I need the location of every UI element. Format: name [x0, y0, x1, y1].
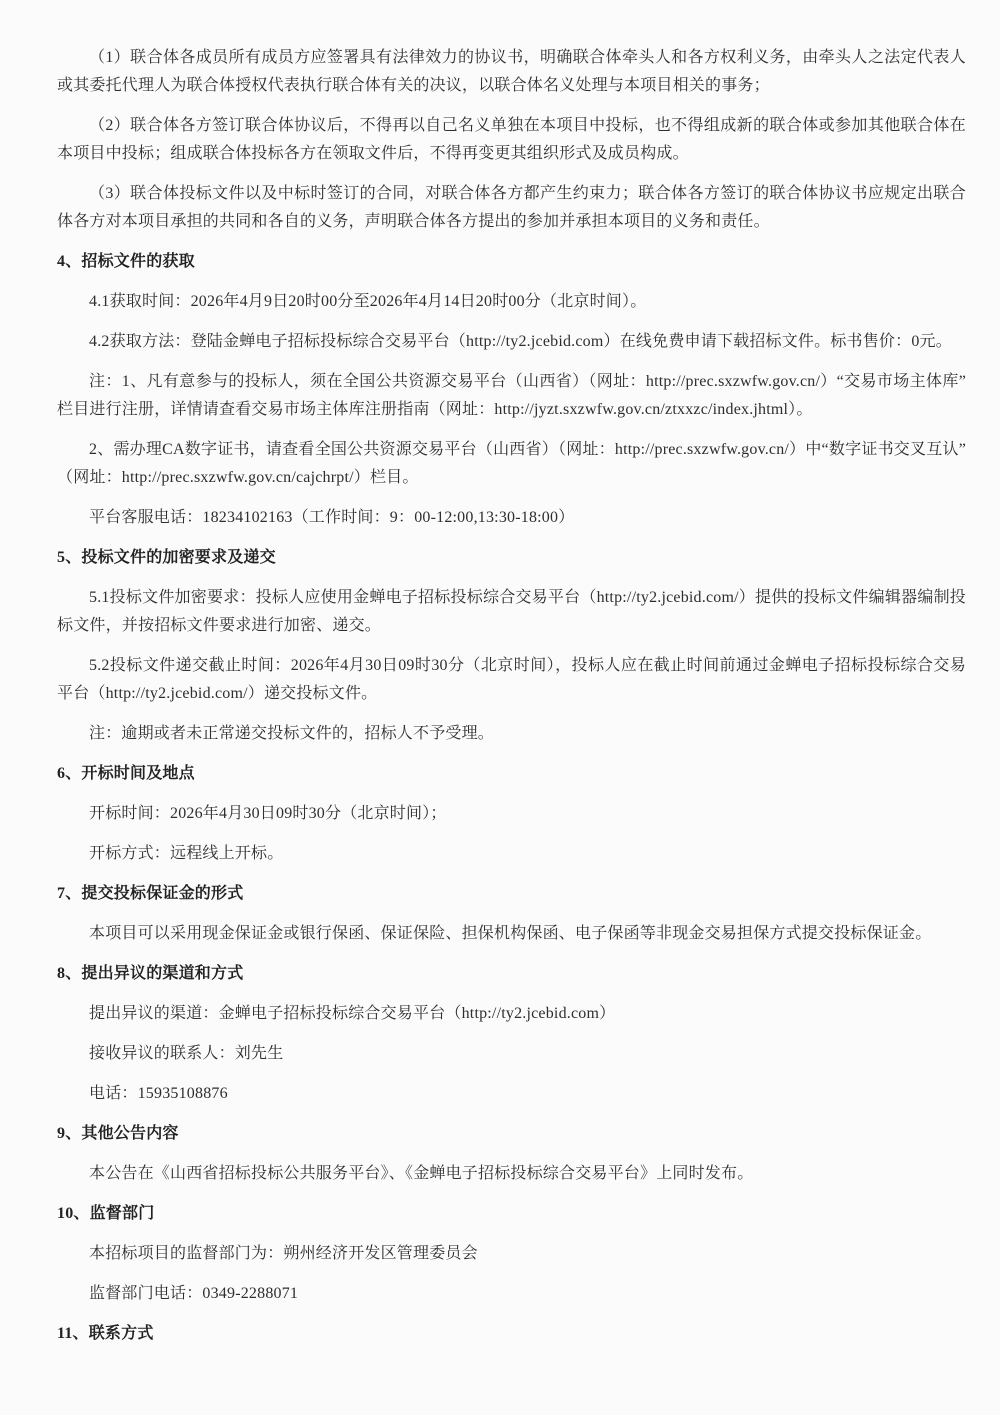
paragraph-bid-opening-time: 开标时间：2026年4月30日09时30分（北京时间）；	[57, 800, 966, 828]
document-page: （1）联合体各成员所有成员方应签署具有法律效力的协议书，明确联合体牵头人和各方权…	[0, 0, 1000, 1415]
paragraph-bid-opening-method: 开标方式：远程线上开标。	[57, 840, 966, 868]
paragraph-objection-contact: 接收异议的联系人：刘先生	[57, 1040, 966, 1068]
paragraph-objection-channel: 提出异议的渠道：金蝉电子招标投标综合交易平台（http://ty2.jcebid…	[57, 1000, 966, 1028]
paragraph-4-1-acquisition-time: 4.1获取时间：2026年4月9日20时00分至2026年4月14日20时00分…	[57, 288, 966, 316]
section-heading-6-bid-opening: 6、开标时间及地点	[57, 760, 966, 788]
paragraph-note-late-submission: 注：逾期或者未正常递交投标文件的，招标人不予受理。	[57, 720, 966, 748]
paragraph-consortium-3: （3）联合体投标文件以及中标时签订的合同，对联合体各方都产生约束力；联合体各方签…	[57, 180, 966, 236]
paragraph-objection-phone: 电话：15935108876	[57, 1080, 966, 1108]
paragraph-consortium-2: （2）联合体各方签订联合体协议后，不得再以自己名义单独在本项目中投标，也不得组成…	[57, 112, 966, 168]
paragraph-5-1-encryption-requirement: 5.1投标文件加密要求：投标人应使用金蝉电子招标投标综合交易平台（http://…	[57, 584, 966, 640]
section-heading-11-contact: 11、联系方式	[57, 1320, 966, 1348]
section-heading-8-objection-channel: 8、提出异议的渠道和方式	[57, 960, 966, 988]
paragraph-supervision-department: 本招标项目的监督部门为：朔州经济开发区管理委员会	[57, 1240, 966, 1268]
section-heading-10-supervision: 10、监督部门	[57, 1200, 966, 1228]
section-heading-9-other-content: 9、其他公告内容	[57, 1120, 966, 1148]
paragraph-supervision-phone: 监督部门电话：0349-2288071	[57, 1280, 966, 1308]
paragraph-4-2-acquisition-method: 4.2获取方法：登陆金蝉电子招标投标综合交易平台（http://ty2.jceb…	[57, 328, 966, 356]
section-heading-7-bid-security: 7、提交投标保证金的形式	[57, 880, 966, 908]
paragraph-platform-hotline: 平台客服电话：18234102163（工作时间：9：00-12:00,13:30…	[57, 504, 966, 532]
section-heading-5-encryption-submission: 5、投标文件的加密要求及递交	[57, 544, 966, 572]
paragraph-consortium-1: （1）联合体各成员所有成员方应签署具有法律效力的协议书，明确联合体牵头人和各方权…	[57, 44, 966, 100]
paragraph-note-registration: 注：1、凡有意参与的投标人，须在全国公共资源交易平台（山西省）（网址：http:…	[57, 368, 966, 424]
paragraph-publish-platforms: 本公告在《山西省招标投标公共服务平台》、《金蝉电子招标投标综合交易平台》上同时发…	[57, 1160, 966, 1188]
paragraph-5-2-submission-deadline: 5.2投标文件递交截止时间：2026年4月30日09时30分（北京时间），投标人…	[57, 652, 966, 708]
announcement-body: （1）联合体各成员所有成员方应签署具有法律效力的协议书，明确联合体牵头人和各方权…	[57, 44, 966, 1348]
paragraph-bid-security-forms: 本项目可以采用现金保证金或银行保函、保证保险、担保机构保函、电子保函等非现金交易…	[57, 920, 966, 948]
section-heading-4-document-acquisition: 4、招标文件的获取	[57, 248, 966, 276]
paragraph-note-ca-certificate: 2、需办理CA数字证书，请查看全国公共资源交易平台（山西省）（网址：http:/…	[57, 436, 966, 492]
